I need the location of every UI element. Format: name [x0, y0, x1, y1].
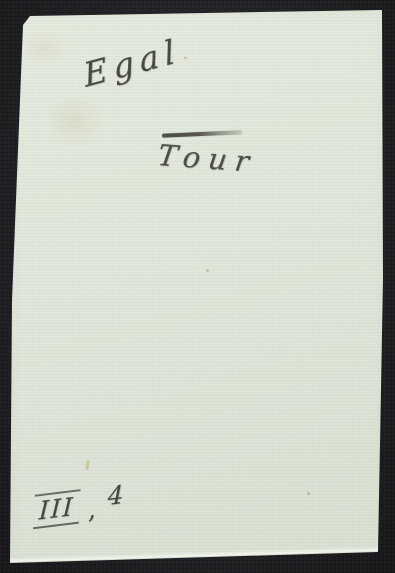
photo-card: Egal Tour III,4 [0, 0, 395, 573]
roman-numeral: III [33, 489, 80, 529]
paper-stain [16, 28, 72, 68]
pencil-stroke-line [162, 130, 242, 137]
paper-speck [184, 57, 187, 59]
handwritten-word-tour: Tour [156, 138, 260, 179]
handwritten-word-egal: Egal [81, 30, 183, 94]
paper-speck [206, 269, 209, 272]
inventory-annotation: III,4 [32, 484, 126, 529]
paper-stain [42, 92, 106, 150]
paper-edge-highlight [10, 546, 380, 562]
index-numeral: 4 [107, 480, 123, 511]
paper-speck [307, 492, 310, 495]
paper-speck [85, 460, 90, 470]
comma-mark: , [85, 495, 96, 525]
dark-backdrop: Egal Tour III,4 [0, 0, 395, 573]
